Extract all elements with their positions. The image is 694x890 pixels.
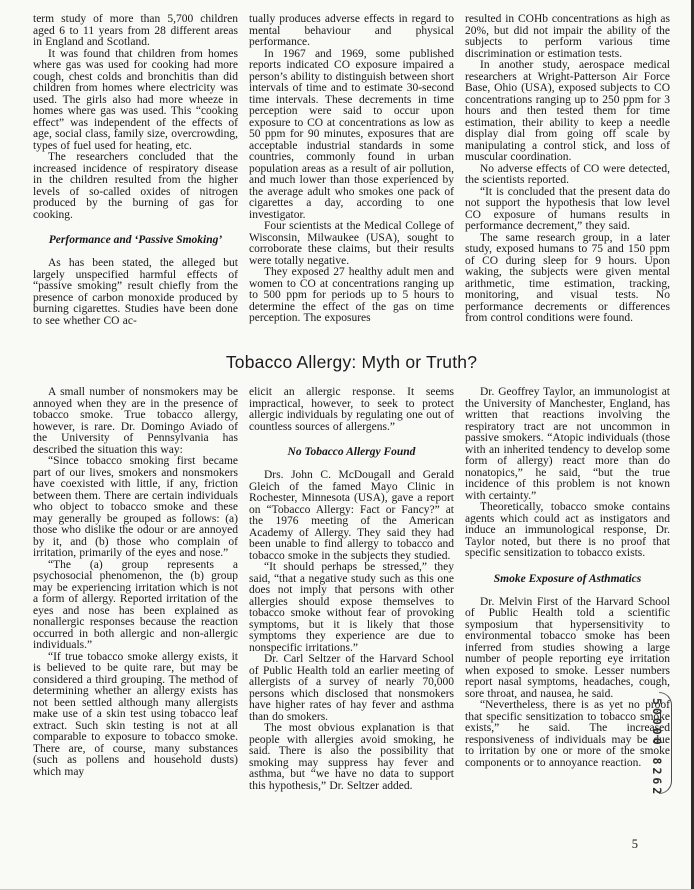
article1-columns: term study of more than 5,700 children a…	[33, 14, 670, 327]
paragraph: resulted in COHb concentrations as high …	[465, 14, 670, 60]
paragraph: “Since tobacco smoking first became part…	[33, 456, 238, 560]
article1-column-1: term study of more than 5,700 children a…	[33, 14, 238, 327]
paragraph: The most obvious explanation is that peo…	[249, 723, 454, 792]
paragraph: elicit an allergic response. It seems im…	[249, 387, 454, 433]
paragraph: “Nevertheless, there is as yet no proof …	[465, 700, 670, 769]
paragraph: Dr. Melvin First of the Harvard School o…	[465, 597, 670, 701]
paragraph: The researchers concluded that the incre…	[33, 152, 238, 221]
paragraph: “The (a) group represents a psychosocial…	[33, 560, 238, 652]
page-content: term study of more than 5,700 children a…	[0, 0, 694, 792]
paragraph: “If true tobacco smoke allergy exists, i…	[33, 652, 238, 779]
paragraph: Theoretically, tobacco smoke contains ag…	[465, 502, 670, 560]
article2-columns: A small number of nonsmokers may be anno…	[33, 387, 670, 792]
section-heading: Smoke Exposure of Asthmatics	[465, 573, 670, 585]
article2-column-3: Dr. Geoffrey Taylor, an immunologist at …	[465, 387, 670, 792]
paragraph: Four scientists at the Medical College o…	[249, 221, 454, 267]
paragraph: tually produces adverse effects in regar…	[249, 14, 454, 49]
paragraph: A small number of nonsmokers may be anno…	[33, 387, 238, 456]
stamp-number: 50000 8262	[650, 698, 664, 797]
paragraph: In another study, aerospace medical rese…	[465, 60, 670, 164]
paragraph: Dr. Geoffrey Taylor, an immunologist at …	[465, 387, 670, 502]
article1-column-3: resulted in COHb concentrations as high …	[465, 14, 670, 327]
paragraph: Dr. Carl Seltzer of the Harvard School o…	[249, 654, 454, 723]
article-title: Tobacco Allergy: Myth or Truth?	[33, 352, 670, 373]
scanned-document-page: term study of more than 5,700 children a…	[0, 0, 694, 890]
paragraph: In 1967 and 1969, some published reports…	[249, 49, 454, 222]
section-heading: No Tobacco Allergy Found	[249, 446, 454, 458]
article2-column-2: elicit an allergic response. It seems im…	[249, 387, 454, 792]
paragraph: term study of more than 5,700 children a…	[33, 14, 238, 49]
section-heading: Performance and ‘Passive Smoking’	[33, 234, 238, 246]
paragraph: Drs. John C. McDougall and Gerald Gleich…	[249, 470, 454, 562]
paragraph: No adverse effects of CO were detected, …	[465, 164, 670, 187]
article1-column-2: tually produces adverse effects in regar…	[249, 14, 454, 327]
paragraph: As has been stated, the alleged but larg…	[33, 258, 238, 327]
paragraph: It was found that children from homes wh…	[33, 49, 238, 153]
paragraph: They exposed 27 healthy adult men and wo…	[249, 267, 454, 325]
article2-column-1: A small number of nonsmokers may be anno…	[33, 387, 238, 792]
paragraph: “It is concluded that the present data d…	[465, 187, 670, 233]
paragraph: The same research group, in a later stud…	[465, 233, 670, 325]
page-number: 5	[632, 837, 638, 852]
paragraph: “It should perhaps be stressed,” they sa…	[249, 562, 454, 654]
